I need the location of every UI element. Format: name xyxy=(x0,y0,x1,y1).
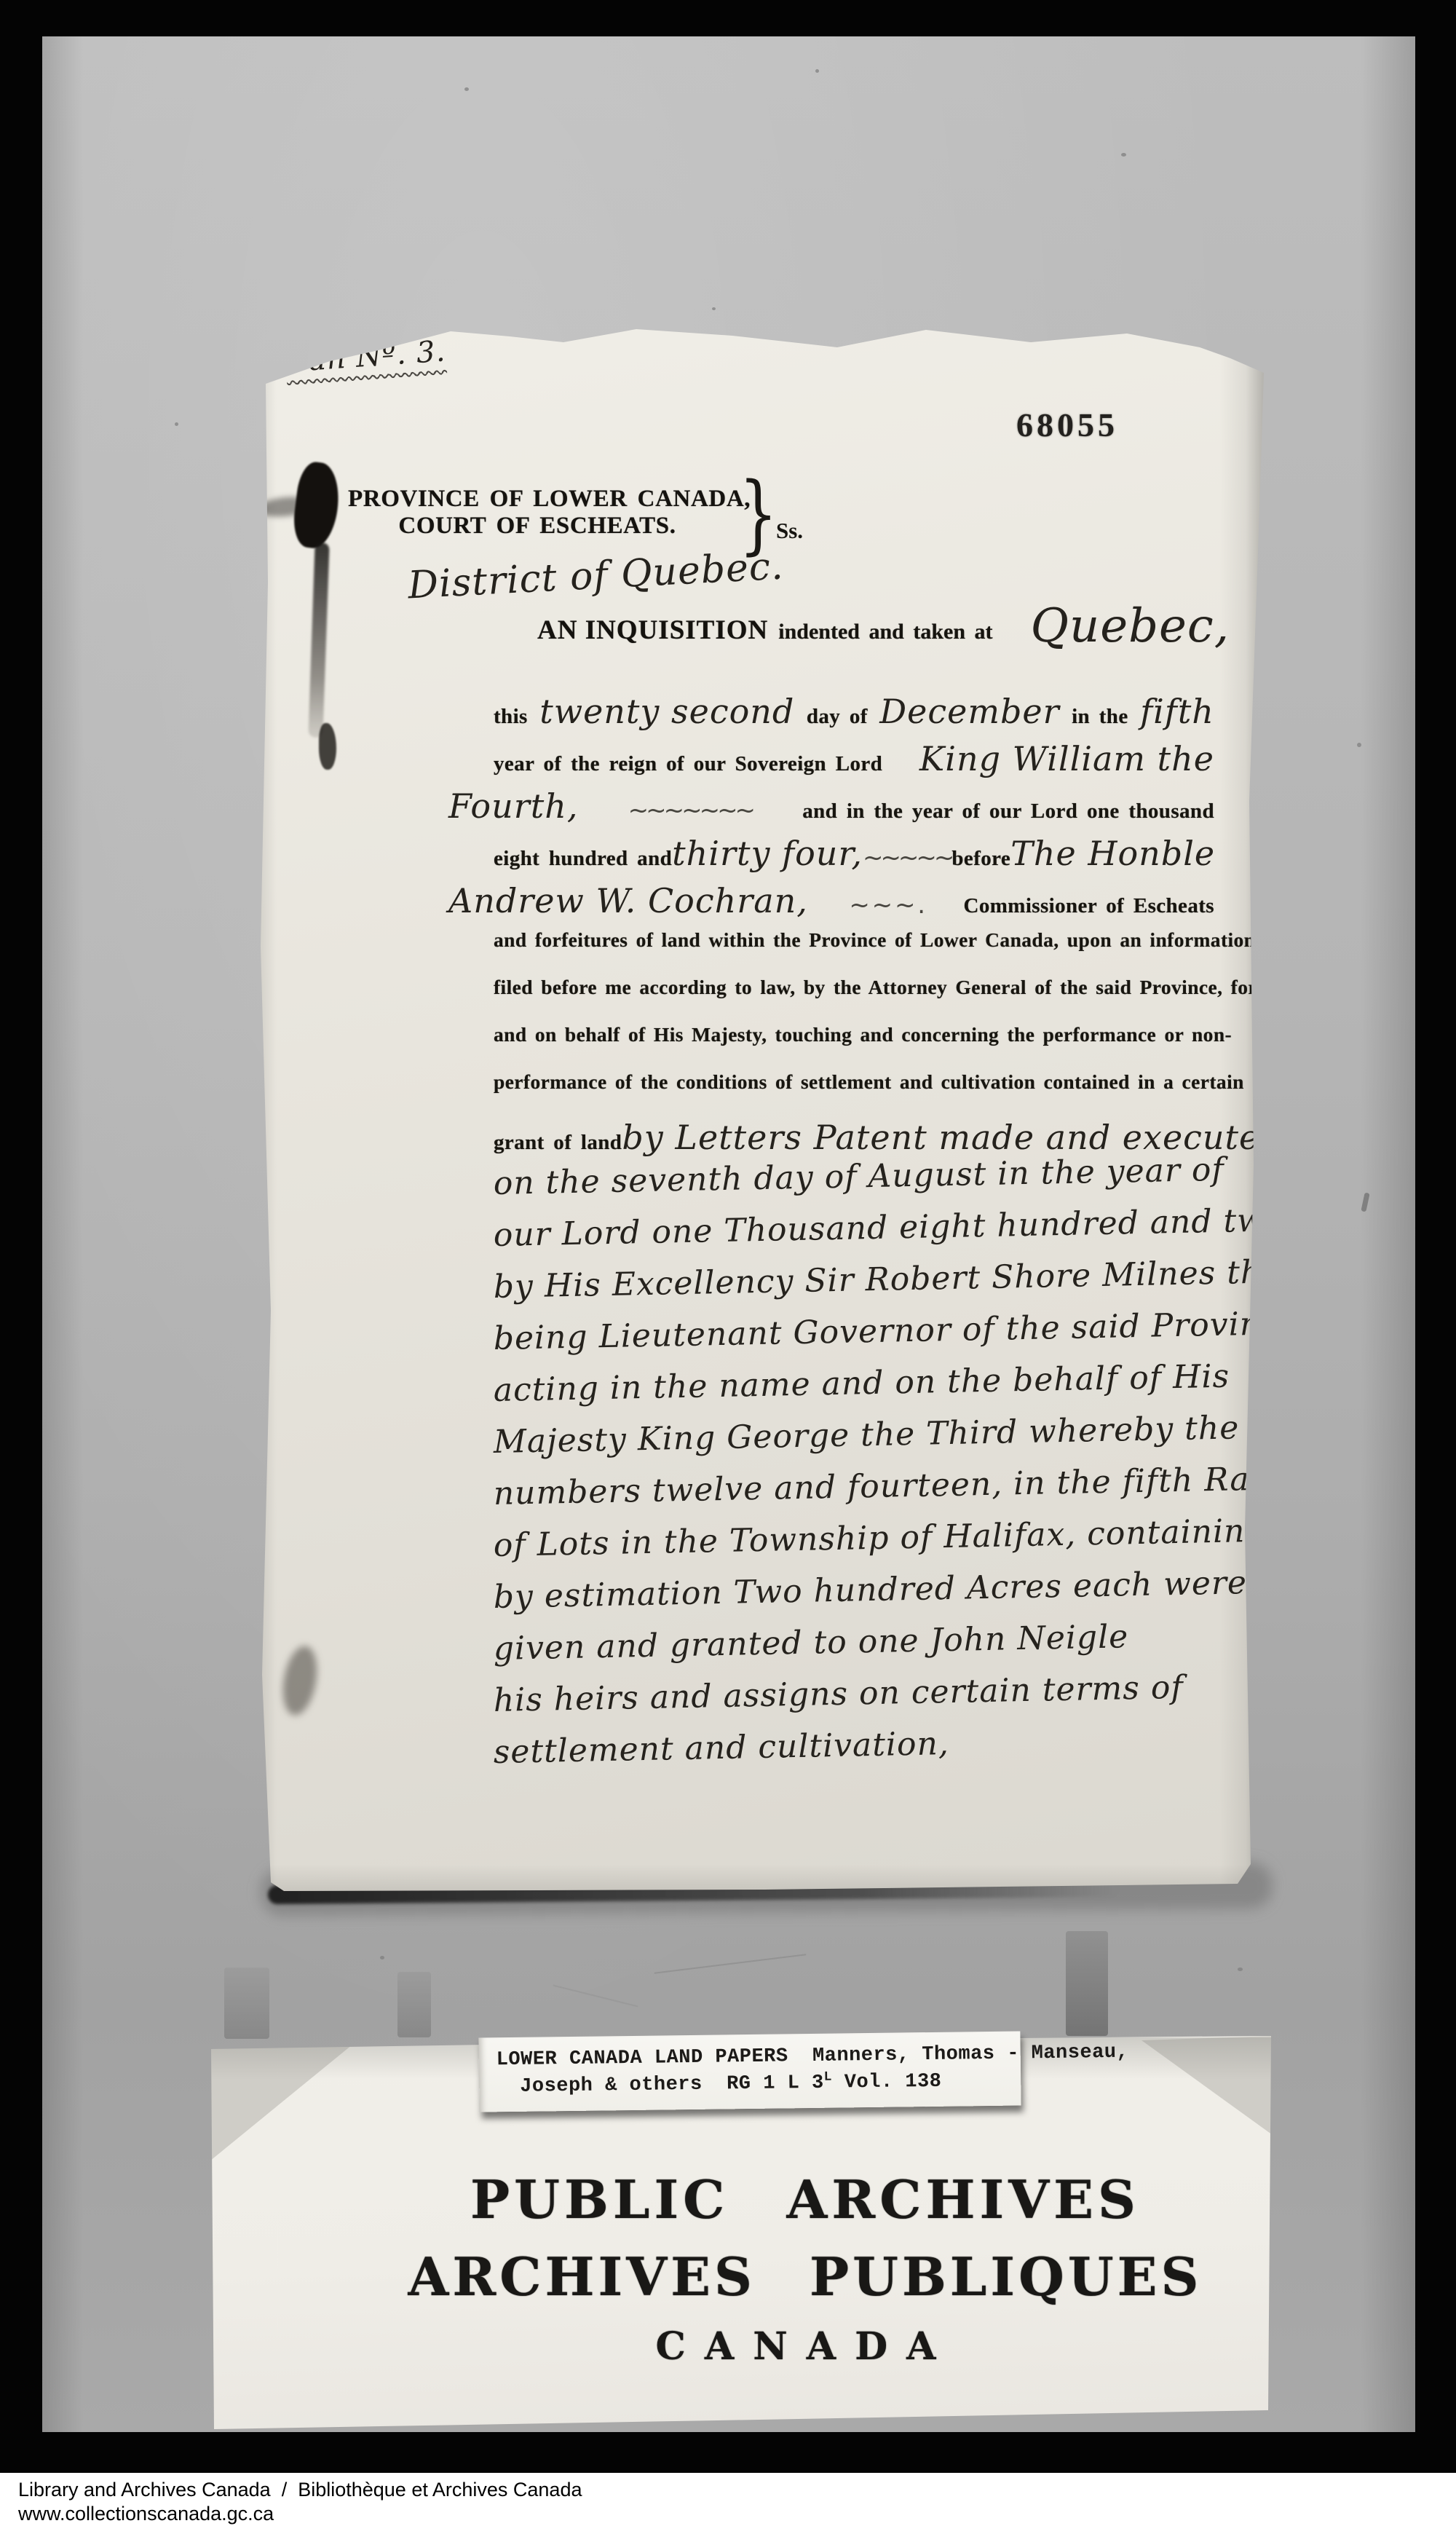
pen-flourish: ~ ~ ~ . xyxy=(849,891,922,920)
handwritten-text: Andrew W. Cochran, xyxy=(448,881,808,920)
footer: Library and Archives Canada / Bibliothèq… xyxy=(0,2473,1456,2526)
scratch-mark xyxy=(654,1954,807,1974)
document-line: eight hundred andthirty four,~~~~~before… xyxy=(494,834,1214,881)
print-text: year of the reign of our Sovereign Lord xyxy=(494,752,882,776)
ss-abbreviation: Ss. xyxy=(776,518,803,544)
handwritten-text: twenty second xyxy=(539,692,794,731)
print-text: Commissioner of Escheats xyxy=(963,894,1214,918)
print-text: filed before me according to law, by the… xyxy=(494,976,1257,998)
handwritten-text: The Honble xyxy=(1010,834,1215,873)
print-text: eight hundred and xyxy=(494,847,672,871)
document-header: PROVINCE OF LOWER CANADA, COURT OF ESCHE… xyxy=(348,486,821,540)
document-line: Fourth,~~~~~~~and in the year of our Lor… xyxy=(448,786,1214,834)
handwritten-text: thirty four, xyxy=(672,834,863,873)
inquisition-lead: AN INQUISITION xyxy=(537,615,768,646)
document-line: thistwenty secondday ofDecemberin thefif… xyxy=(494,692,1214,739)
label-title-line: LOWER CANADA LAND PAPERS Manners, Thomas… xyxy=(478,2031,1021,2071)
dust-speck xyxy=(1121,153,1126,157)
header-province-line: PROVINCE OF LOWER CANADA, xyxy=(348,486,727,513)
reference-label: LOWER CANADA LAND PAPERS Manners, Thomas… xyxy=(478,2031,1021,2112)
document-body: thistwenty secondday ofDecemberin thefif… xyxy=(494,692,1214,1785)
dust-speck xyxy=(380,1956,384,1959)
dust-speck xyxy=(1357,743,1361,747)
print-text: grant of land xyxy=(494,1131,622,1155)
print-text: day of xyxy=(807,705,868,729)
footer-institution-line: Library and Archives Canada / Bibliothèq… xyxy=(0,2473,1456,2502)
photo-backdrop: Can Nº. 3. 68055 PROVINCE OF LOWER CANAD… xyxy=(42,36,1415,2432)
dust-speck xyxy=(464,87,469,91)
handwritten-text: Fourth, xyxy=(448,786,578,826)
inquisition-line: AN INQUISITION indented and taken at Que… xyxy=(537,596,1230,650)
footer-url: www.collectionscanada.gc.ca xyxy=(0,2502,1456,2526)
label-volume-text: Vol. 138 xyxy=(832,2071,942,2094)
document-line: year of the reign of our Sovereign LordK… xyxy=(494,739,1214,786)
document-line: and on behalf of His Majesty, touching a… xyxy=(494,1023,1214,1070)
header-court-line: COURT OF ESCHEATS. xyxy=(348,513,727,540)
document-line: performance of the conditions of settlem… xyxy=(494,1070,1214,1118)
document-paper: Can Nº. 3. 68055 PROVINCE OF LOWER CANAD… xyxy=(255,324,1270,1893)
document-line: filed before me according to law, by the… xyxy=(494,976,1214,1023)
dust-speck xyxy=(175,422,178,426)
print-text: performance of the conditions of settlem… xyxy=(494,1070,1244,1093)
pen-flourish: ~~~~~~~ xyxy=(628,796,753,825)
mounting-tab xyxy=(224,1967,269,2039)
label-superscript: L xyxy=(824,2070,833,2085)
print-text: this xyxy=(494,705,528,729)
print-text: before xyxy=(951,847,1010,871)
stamp-line-english: PUBLIC ARCHIVES xyxy=(272,2168,1338,2230)
label-ref-text: Joseph & others RG 1 L 3 xyxy=(520,2072,824,2098)
handwritten-text: December xyxy=(879,692,1059,731)
place-handwritten: Quebec, xyxy=(1031,599,1230,653)
print-text: and in the year of our Lord one thousand xyxy=(802,800,1214,824)
mounting-tab xyxy=(1066,1931,1108,2036)
handwritten-text: settlement and cultivation, xyxy=(493,1725,949,1771)
handwritten-text: fifth xyxy=(1140,692,1214,731)
print-text: and on behalf of His Majesty, touching a… xyxy=(494,1023,1232,1046)
handwritten-text: King William the xyxy=(919,739,1214,778)
stamp-line-canada: CANADA xyxy=(272,2324,1338,2369)
dust-speck xyxy=(1238,1967,1243,1971)
dust-speck xyxy=(815,69,819,73)
dust-speck xyxy=(712,307,716,310)
scratch-mark xyxy=(553,1985,638,2008)
mounting-tab xyxy=(397,1972,431,2037)
stamp-line-french: ARCHIVES PUBLIQUES xyxy=(272,2246,1338,2308)
archive-number: 68055 xyxy=(1016,406,1118,444)
print-text: and forfeitures of land within the Provi… xyxy=(494,928,1255,951)
print-text: in the xyxy=(1072,705,1128,729)
inquisition-rest: indented and taken at xyxy=(778,620,992,644)
pen-flourish: ~~~~~ xyxy=(863,843,951,872)
document-line: and forfeitures of land within the Provi… xyxy=(494,928,1214,976)
document-line: Andrew W. Cochran,~ ~ ~ .Commissioner of… xyxy=(448,881,1214,928)
pen-mark xyxy=(1361,1193,1369,1212)
